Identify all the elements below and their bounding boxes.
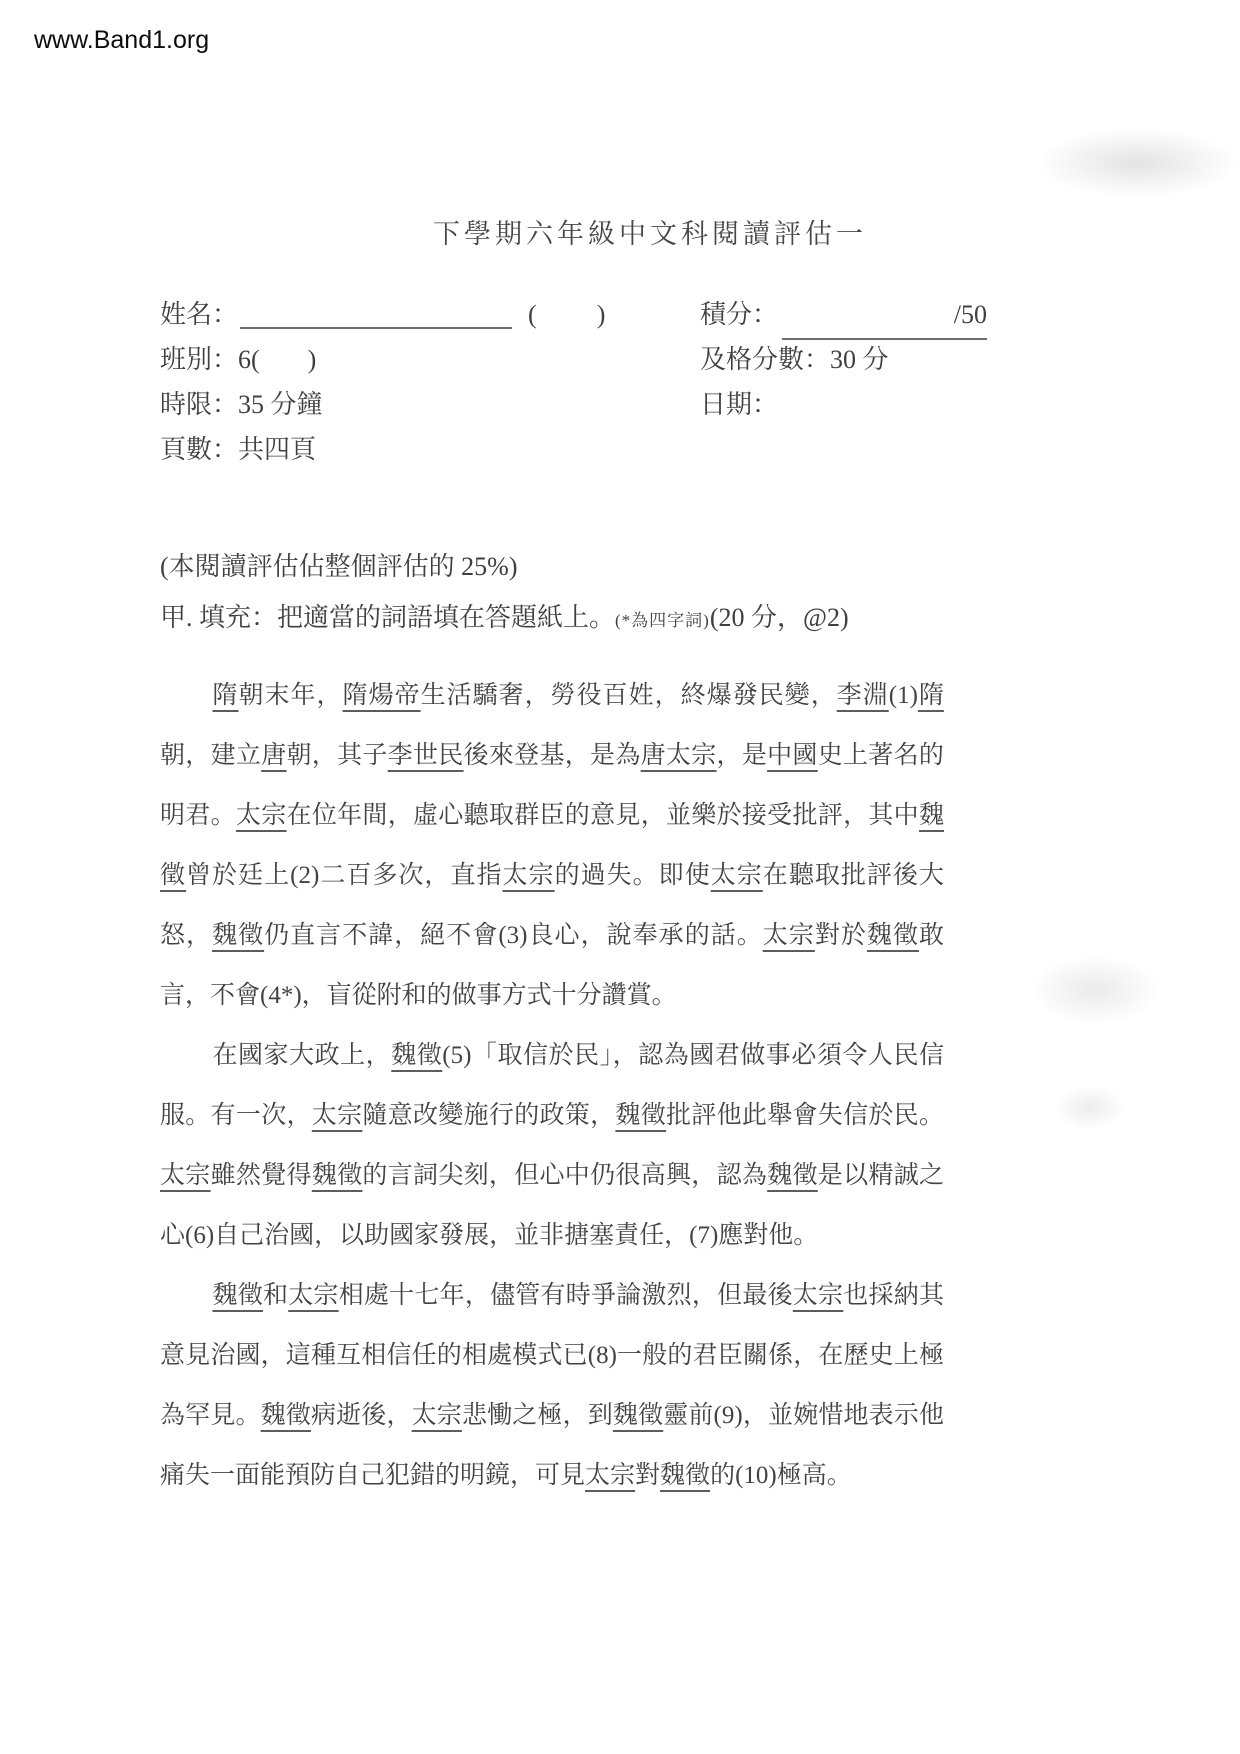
name-fill-line — [240, 297, 512, 329]
pages-label: 頁數：共四頁 — [160, 435, 316, 464]
scan-artifact — [1030, 955, 1160, 1025]
proper-noun: 太宗 — [160, 1162, 211, 1189]
passage-text: 在位年間，虛心聽取群臣的意見，並樂於接受批評，其中 — [287, 802, 919, 829]
passage-paragraph: 魏徵和太宗相處十七年，儘管有時爭論激烈，但最後太宗也採納其意見治國，這種互相信任… — [160, 1266, 944, 1506]
passage-text: (1) — [889, 682, 918, 709]
score-total: /50 — [954, 300, 987, 329]
pages-row: 頁數：共四頁 — [160, 427, 605, 472]
date-label: 日期： — [700, 390, 778, 419]
proper-noun: 隋煬帝 — [343, 682, 421, 709]
pass-mark-row: 及格分數：30 分 — [700, 337, 987, 382]
passage-text: 批評他此舉會失信於民。 — [666, 1102, 944, 1129]
passage-text: 朝末年， — [239, 682, 343, 709]
passage-text: 病逝後， — [311, 1402, 412, 1429]
name-paren-open: ( — [528, 300, 537, 329]
proper-noun: 太宗 — [412, 1402, 462, 1429]
proper-noun: 魏徵 — [613, 1402, 663, 1429]
proper-noun: 太宗 — [585, 1462, 635, 1489]
proper-noun: 唐太宗 — [641, 742, 717, 769]
proper-noun: 魏徵 — [213, 1282, 263, 1309]
passage-paragraph: 在國家大政上，魏徵(5)「取信於民」，認為國君做事必須令人民信服。有一次，太宗隨… — [160, 1026, 944, 1266]
score-label: 積分： — [700, 300, 778, 329]
passage-text: 仍直言不諱，絕不會(3)良心，說奉承的話。 — [264, 922, 763, 949]
passage-text: 的(10)極高。 — [710, 1462, 852, 1489]
class-row: 班別：6() — [160, 337, 605, 382]
passage-text: 隨意改變施行的政策， — [362, 1102, 615, 1129]
passage-text: 生活驕奢，勞役百姓，終爆發民變， — [421, 682, 837, 709]
proper-noun: 魏徵 — [660, 1462, 710, 1489]
passage-text: ，是 — [717, 742, 768, 769]
student-info-block: 姓名：() 班別：6() 時限：35 分鐘 頁數：共四頁 — [160, 292, 605, 472]
date-row: 日期： — [700, 382, 987, 427]
proper-noun: 太宗 — [503, 862, 555, 889]
proper-noun: 李世民 — [388, 742, 464, 769]
proper-noun: 太宗 — [288, 1282, 338, 1309]
proper-noun: 隋 — [918, 682, 944, 709]
score-block: 積分：/50 及格分數：30 分 日期： — [700, 292, 987, 427]
proper-noun: 李淵 — [837, 682, 889, 709]
name-paren-close: ) — [597, 300, 606, 329]
class-label: 班別：6( — [160, 345, 260, 374]
proper-noun: 中國 — [767, 742, 818, 769]
proper-noun: 太宗 — [236, 802, 287, 829]
proper-noun: 魏徵 — [391, 1042, 442, 1069]
passage-text: 相處十七年，儘管有時爭論激烈，但最後 — [339, 1282, 793, 1309]
proper-noun: 唐 — [261, 742, 286, 769]
proper-noun: 太宗 — [793, 1282, 843, 1309]
proper-noun: 魏徵 — [867, 922, 919, 949]
passage-text: 後來登基，是為 — [464, 742, 641, 769]
class-paren-close: ) — [308, 345, 317, 374]
passage-text: 朝，建立 — [160, 742, 261, 769]
passage-text: 在國家大政上， — [213, 1042, 392, 1069]
passage-text: 的過失。即使 — [555, 862, 711, 889]
passage-text: 朝，其子 — [286, 742, 387, 769]
name-row: 姓名：() — [160, 292, 605, 337]
time-label: 時限：35 分鐘 — [160, 390, 323, 419]
passage-text: 曾於廷上(2)二百多次，直指 — [186, 862, 502, 889]
passage-text: 的言詞尖刻，但心中仍很高興，認為 — [362, 1162, 767, 1189]
proper-noun: 太宗 — [763, 922, 815, 949]
passage-text: 對於 — [815, 922, 867, 949]
proper-noun: 隋 — [213, 682, 239, 709]
proper-noun: 太宗 — [711, 862, 763, 889]
name-label: 姓名： — [160, 300, 238, 329]
time-row: 時限：35 分鐘 — [160, 382, 605, 427]
proper-noun: 魏徵 — [212, 922, 264, 949]
proper-noun: 魏徵 — [615, 1102, 666, 1129]
scan-artifact — [1055, 1085, 1125, 1130]
page-title: 下學期六年級中文科閱讀評估一 — [0, 212, 1240, 251]
section-instruction: 甲. 填充：把適當的詞語填在答題紙上。 — [160, 603, 615, 632]
section-footnote: (*為四字詞) — [615, 611, 710, 630]
passage: 隋朝末年，隋煬帝生活驕奢，勞役百姓，終爆發民變，李淵(1)隋朝，建立唐朝，其子李… — [160, 666, 944, 1506]
passage-text: 雖然覺得 — [211, 1162, 312, 1189]
passage-paragraph: 隋朝末年，隋煬帝生活驕奢，勞役百姓，終爆發民變，李淵(1)隋朝，建立唐朝，其子李… — [160, 666, 944, 1026]
proper-noun: 魏徵 — [261, 1402, 311, 1429]
passage-text: 對 — [635, 1462, 660, 1489]
pass-mark-label: 及格分數：30 分 — [700, 345, 889, 374]
passage-text: 和 — [263, 1282, 288, 1309]
proper-noun: 太宗 — [312, 1102, 363, 1129]
section-marks: (20 分，@2) — [710, 603, 849, 632]
passage-text: 悲慟之極，到 — [462, 1402, 613, 1429]
proper-noun: 魏徵 — [312, 1162, 363, 1189]
score-fill-line: /50 — [782, 292, 987, 340]
watermark: www.Band1.org — [34, 26, 209, 55]
scan-artifact — [1035, 128, 1240, 198]
proper-noun: 魏徵 — [767, 1162, 818, 1189]
weight-note: (本閱讀評估佔整個評估的 25%) — [160, 546, 517, 583]
section-heading: 甲. 填充：把適當的詞語填在答題紙上。(*為四字詞)(20 分，@2) — [160, 597, 849, 634]
score-row: 積分：/50 — [700, 292, 987, 337]
